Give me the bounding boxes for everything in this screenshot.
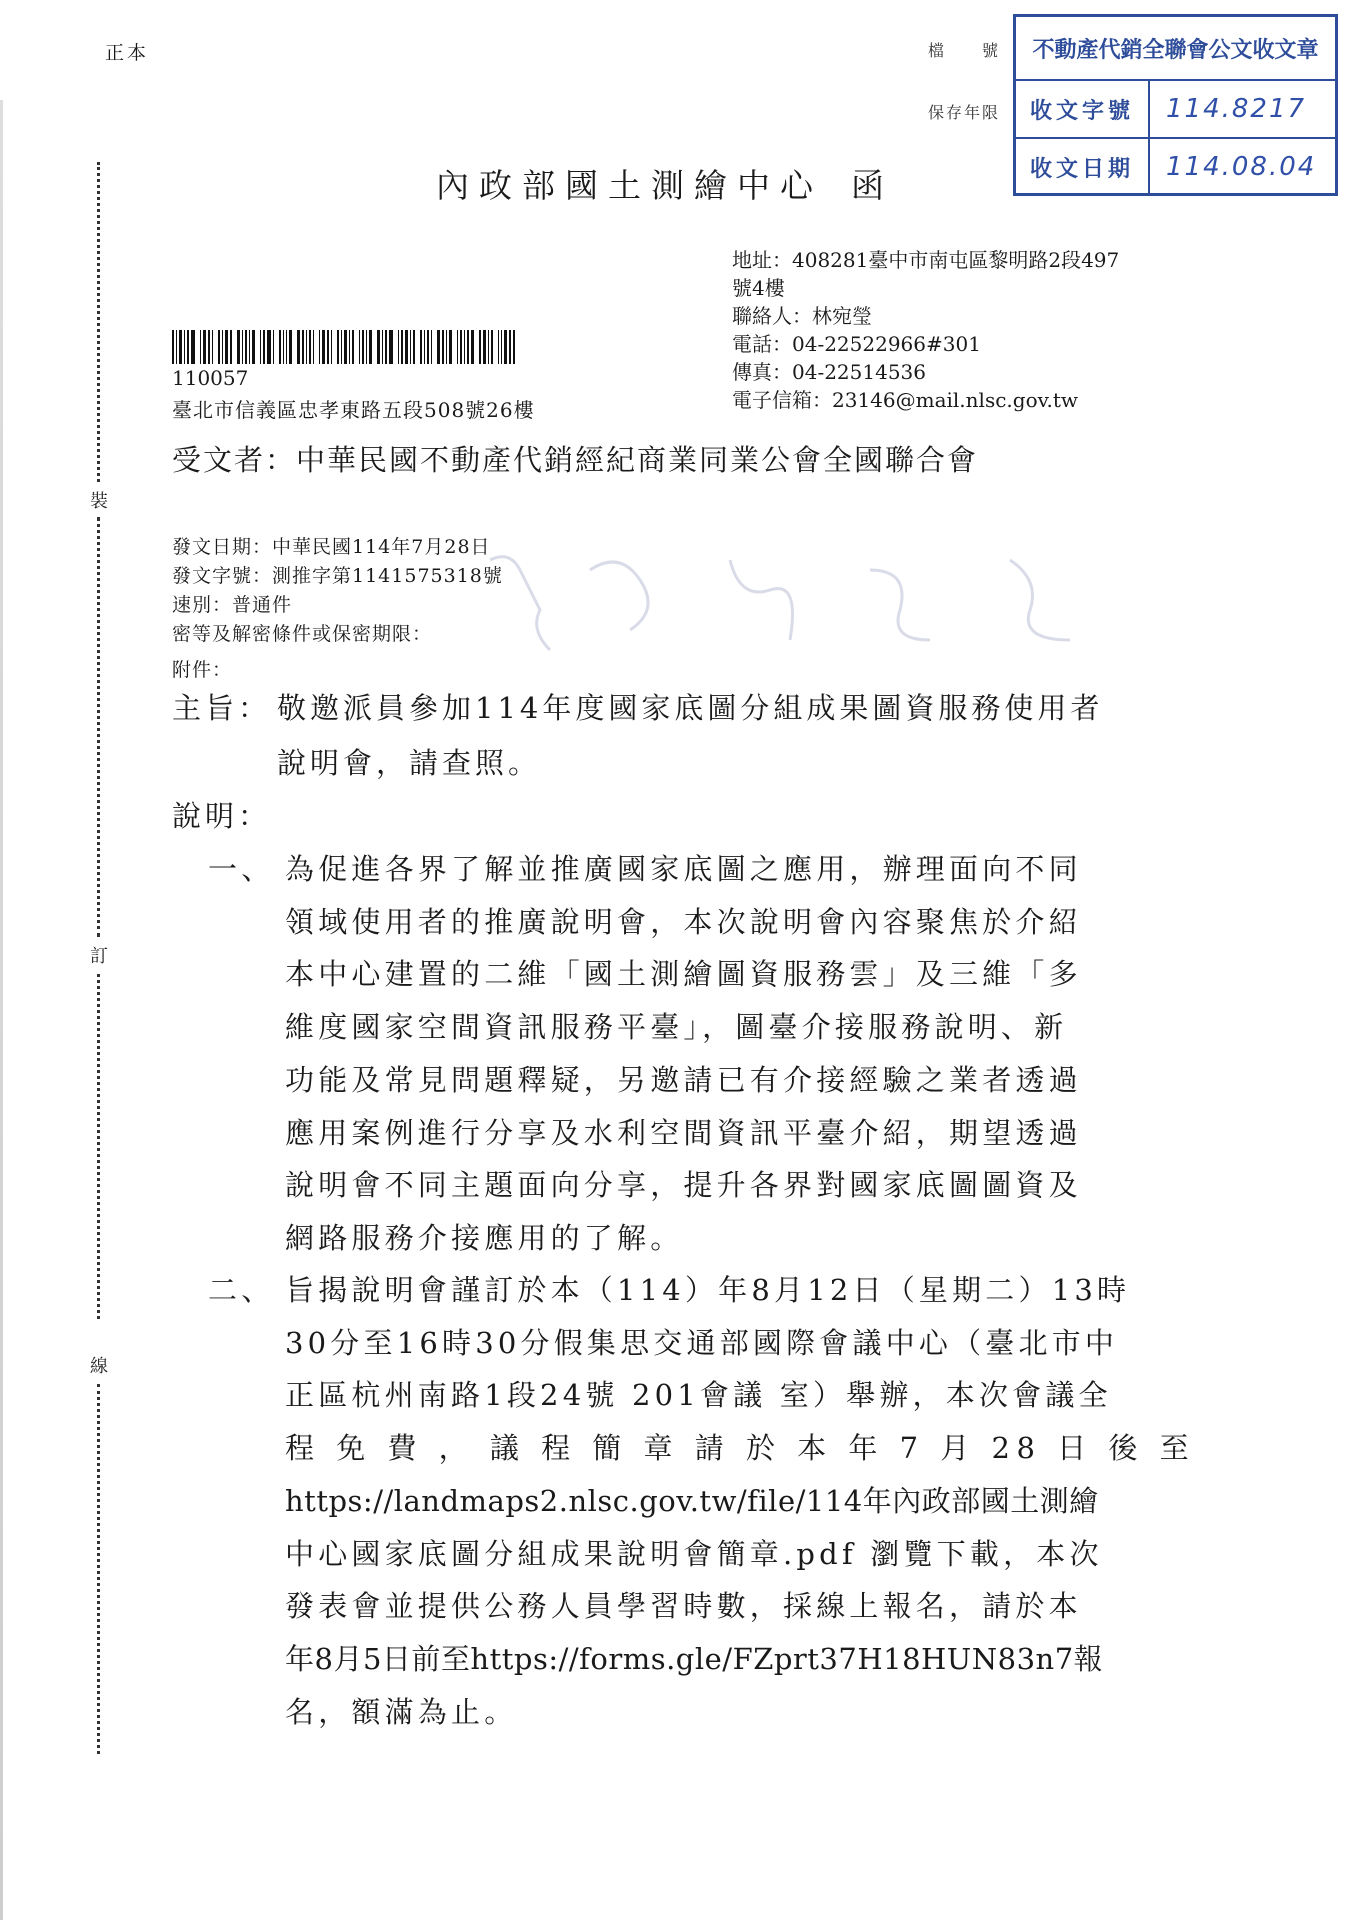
subject-label: 主旨： [172, 681, 277, 736]
binding-dots [97, 517, 103, 937]
receipt-stamp: 不動產代銷全聯會公文收文章 收文字號 114.8217 收文日期 114.08.… [1013, 14, 1338, 196]
document-title: 內政部國土測繪中心函 [436, 160, 894, 207]
copy-label: 正本 [105, 38, 149, 65]
item-line: 發表會並提供公務人員學習時數，採線上報名，請於本 [285, 1580, 1208, 1633]
priority: 速別：普通件 [172, 591, 503, 620]
binding-mark-line: 線 [87, 1352, 111, 1378]
explanation-item-1: 一、 為促進各界了解並推廣國家底圖之應用，辦理面向不同 領域使用者的推廣說明會，… [208, 843, 1208, 1265]
sender-contact: 聯絡人：林宛瑩 [732, 302, 1252, 330]
recipient-postal-code: 110057 [172, 366, 248, 390]
sender-phone: 電話：04-22522966#301 [732, 330, 1252, 358]
subject-text-cont: 說明會，請查照。 [172, 736, 1103, 791]
file-labels: 檔 號 保存年限 [880, 38, 1000, 162]
recipient: 受文者：中華民國不動產代銷經紀商業同業公會全國聯合會 [172, 438, 978, 479]
recipient-address: 臺北市信義區忠孝東路五段508號26樓 [172, 394, 535, 423]
subject-text: 敬邀派員參加114年度國家底圖分組成果圖資服務使用者 [277, 691, 1103, 725]
classification: 密等及解密條件或保密期限： [172, 620, 503, 649]
document-type: 函 [851, 166, 894, 205]
item-line: 名，額滿為止。 [285, 1686, 1208, 1739]
binding-mark-bind: 裝 [87, 487, 111, 513]
item-number: 一、 [208, 843, 274, 896]
document-metadata: 發文日期：中華民國114年7月28日 發文字號：測推字第1141575318號 … [172, 533, 503, 685]
stamp-label: 收文字號 [1016, 81, 1150, 137]
document-number: 發文字號：測推字第1141575318號 [172, 562, 503, 591]
sender-address-cont: 號4樓 [732, 274, 1252, 302]
item-line: 領域使用者的推廣說明會，本次說明會內容聚焦於介紹 [285, 896, 1208, 949]
sender-email: 電子信箱：23146@mail.nlsc.gov.tw [732, 386, 1252, 414]
sender-fax: 傳真：04-22514536 [732, 358, 1252, 386]
binding-dots [97, 1384, 103, 1754]
binding-line: 裝 訂 線 [93, 162, 105, 1762]
item-line: 30分至16時30分假集思交通部國際會議中心（臺北市中 [285, 1317, 1208, 1370]
item-line: 功能及常見問題釋疑，另邀請已有介接經驗之業者透過 [285, 1054, 1208, 1107]
stamp-row-receipt-number: 收文字號 114.8217 [1016, 81, 1335, 139]
explanation-label: 說明： [172, 794, 271, 835]
sender-address: 地址：408281臺中市南屯區黎明路2段497 [732, 246, 1252, 274]
stamp-label: 收文日期 [1016, 139, 1150, 195]
file-number-label: 檔 號 [880, 38, 1000, 100]
binding-dots [97, 974, 103, 1319]
item-number: 二、 [208, 1264, 274, 1317]
item-line: 中心國家底圖分組成果說明會簡章.pdf 瀏覽下載，本次 [285, 1528, 1208, 1581]
item-line: 說明會不同主題面向分享，提升各界對國家底圖圖資及 [285, 1159, 1208, 1212]
official-seal-faint [470, 540, 1150, 660]
item-line: 應用案例進行分享及水利空間資訊平臺介紹，期望透過 [285, 1107, 1208, 1160]
brochure-link-line[interactable]: https://landmaps2.nlsc.gov.tw/file/114年內… [285, 1475, 1208, 1528]
binding-dots [97, 162, 103, 482]
item-line: 為促進各界了解並推廣國家底圖之應用，辦理面向不同 [285, 843, 1208, 896]
page-edge [0, 100, 3, 1920]
item-line: 本中心建置的二維「國土測繪圖資服務雲」及三維「多 [285, 948, 1208, 1001]
barcode [172, 330, 672, 364]
stamp-value-receipt-date: 114.08.04 [1150, 139, 1335, 195]
retention-period-label: 保存年限 [880, 100, 1000, 162]
issue-date: 發文日期：中華民國114年7月28日 [172, 533, 503, 562]
stamp-row-receipt-date: 收文日期 114.08.04 [1016, 139, 1335, 195]
item-line: 程 免 費 ， 議 程 簡 章 請 於 本 年 7 月 28 日 後 至 [285, 1422, 1208, 1475]
registration-link-line[interactable]: 年8月5日前至https://forms.gle/FZprt37H18HUN83… [285, 1633, 1208, 1686]
stamp-value-receipt-number: 114.8217 [1150, 81, 1335, 137]
stamp-title: 不動產代銷全聯會公文收文章 [1016, 17, 1335, 81]
item-line: 旨揭說明會謹訂於本（114）年8月12日（星期二）13時 [285, 1264, 1208, 1317]
item-line: 維度國家空間資訊服務平臺」，圖臺介接服務說明、新 [285, 1001, 1208, 1054]
item-line: 正區杭州南路1段24號 201會議 室）舉辦，本次會議全 [285, 1369, 1208, 1422]
item-line: 網路服務介接應用的了解。 [285, 1212, 1208, 1265]
sender-info: 地址：408281臺中市南屯區黎明路2段497 號4樓 聯絡人：林宛瑩 電話：0… [732, 246, 1252, 414]
issuer-name: 內政部國土測繪中心 [436, 166, 823, 205]
explanation-item-2: 二、 旨揭說明會謹訂於本（114）年8月12日（星期二）13時 30分至16時3… [208, 1264, 1208, 1738]
subject: 主旨：敬邀派員參加114年度國家底圖分組成果圖資服務使用者 說明會，請查照。 [172, 681, 1103, 791]
binding-mark-staple: 訂 [87, 942, 111, 968]
